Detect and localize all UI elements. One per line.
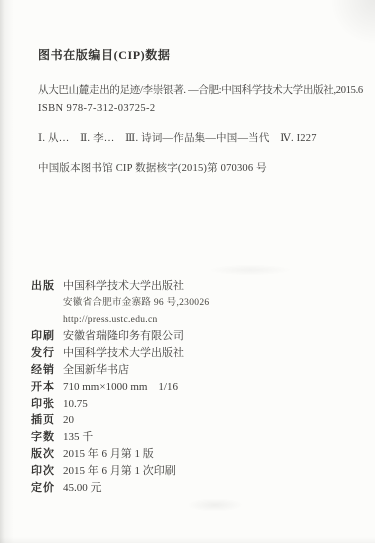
classification-line: Ⅰ. 从… Ⅱ. 李… Ⅲ. 诗词—作品集—中国—当代 Ⅳ. I227 [38,130,317,145]
publisher-url: http://press.ustc.edu.cn [63,312,209,329]
colophon-row-format: 开本 710 mm×1000 mm 1/16 [31,379,367,396]
colophon-label: 经销 [31,362,56,379]
isbn-line: ISBN 978-7-312-03725-2 [38,103,156,114]
colophon-label: 出版 [31,278,56,295]
colophon-row-price: 定价 45.00 元 [31,480,367,497]
scanned-copyright-page: 图书在版编目(CIP)数据 从大巴山麓走出的足迹/李崇银著. —合肥:中国科学技… [0,0,375,543]
colophon-row-retailer: 经销 全国新华书店 [31,362,367,379]
colophon-label: 印次 [31,463,56,480]
colophon-block: 出版 中国科学技术大学出版社 安徽省合肥市金寨路 96 号,230026 htt… [31,278,367,496]
book-title-line: 从大巴山麓走出的足迹/李崇银著. —合肥:中国科学技术大学出版社,2015.6 [38,82,363,97]
colophon-label: 定价 [31,480,56,497]
colophon-value: 2015 年 6 月第 1 版 [63,446,154,463]
colophon-label: 插页 [31,412,56,429]
colophon-row-publisher: 出版 中国科学技术大学出版社 安徽省合肥市金寨路 96 号,230026 htt… [31,278,367,328]
colophon-row-inserts: 插页 20 [31,412,367,429]
colophon-label: 印刷 [31,328,56,345]
publisher-address: 安徽省合肥市金寨路 96 号,230026 [63,295,209,312]
colophon-value: 中国科学技术大学出版社 [63,345,184,362]
colophon-label: 发行 [31,345,56,362]
colophon-row-sheets: 印张 10.75 [31,396,367,413]
colophon-value: 全国新华书店 [63,362,129,379]
cip-header: 图书在版编目(CIP)数据 [38,46,170,63]
colophon-value: 135 千 [63,429,93,446]
colophon-row-distributor: 发行 中国科学技术大学出版社 [31,345,367,362]
cip-record-line: 中国版本图书馆 CIP 数据核字(2015)第 070306 号 [38,160,267,175]
publisher-group: 中国科学技术大学出版社 安徽省合肥市金寨路 96 号,230026 http:/… [63,278,209,328]
colophon-row-edition: 版次 2015 年 6 月第 1 版 [31,446,367,463]
colophon-value: 安徽省瑞隆印务有限公司 [63,328,184,345]
colophon-label: 开本 [31,379,56,396]
colophon-label: 版次 [31,446,56,463]
colophon-value: 2015 年 6 月第 1 次印刷 [63,463,176,480]
colophon-value: 710 mm×1000 mm 1/16 [63,379,178,396]
colophon-row-printing: 印次 2015 年 6 月第 1 次印刷 [31,463,367,480]
colophon-row-wordcount: 字数 135 千 [31,429,367,446]
colophon-value: 10.75 [63,396,88,413]
colophon-row-printer: 印刷 安徽省瑞隆印务有限公司 [31,328,367,345]
colophon-label: 字数 [31,429,56,446]
colophon-value: 20 [63,412,74,429]
colophon-value: 45.00 元 [63,480,102,497]
colophon-value: 中国科学技术大学出版社 [63,278,209,295]
colophon-label: 印张 [31,396,56,413]
